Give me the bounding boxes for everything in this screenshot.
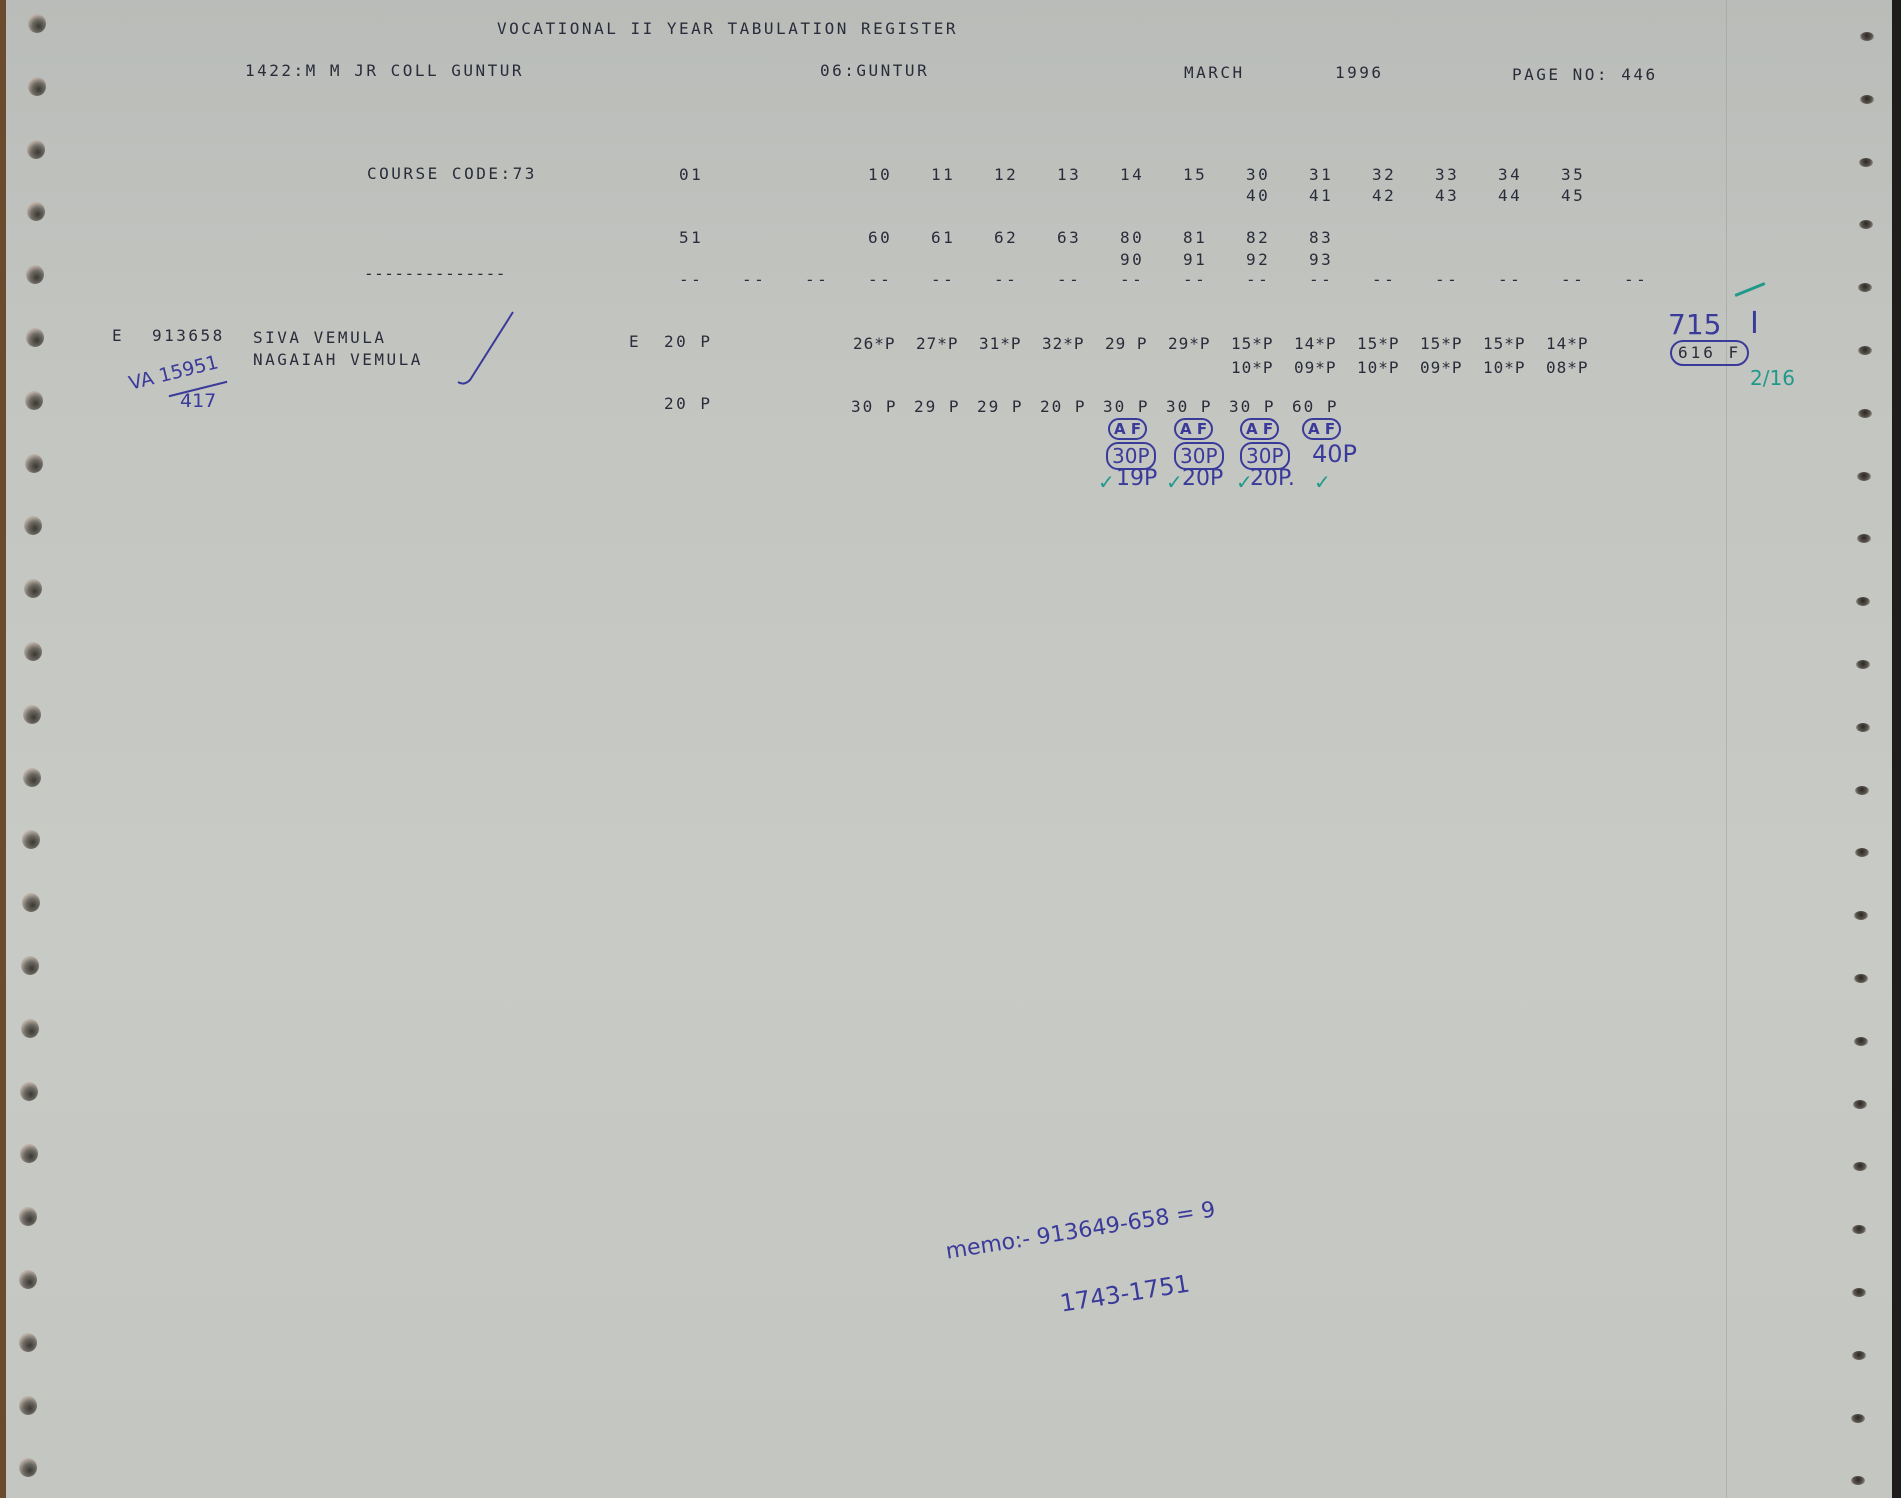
subject-code: 11: [931, 165, 955, 185]
verified-mark: 20P.: [1250, 466, 1295, 491]
subject-code: 13: [1057, 165, 1081, 185]
mark-cell: 30 P: [1229, 397, 1276, 417]
green-tick-icon: ✓: [1236, 470, 1253, 494]
grand-total-handwritten: 715: [1668, 308, 1721, 341]
tractor-hole: [1856, 723, 1870, 732]
tractor-hole: [23, 768, 41, 787]
column-dash: --: [931, 270, 955, 290]
district-name: 06:GUNTUR: [820, 61, 929, 81]
mark-cell: 10*P: [1357, 358, 1400, 378]
column-dash: --: [805, 270, 829, 290]
column-dash: --: [1372, 270, 1396, 290]
tractor-hole: [1852, 1288, 1866, 1297]
subject-code: 60: [868, 228, 892, 248]
tractor-hole: [26, 328, 44, 347]
subject-code: 41: [1309, 186, 1333, 206]
column-dash: --: [679, 270, 703, 290]
tractor-hole: [1860, 95, 1874, 104]
subject-code: 15: [1183, 165, 1207, 185]
mark-cell: 29 P: [914, 397, 961, 417]
college-name: 1422:M M JR COLL GUNTUR: [245, 61, 524, 81]
father-name: NAGAIAH VEMULA: [253, 350, 423, 370]
tractor-hole: [1858, 346, 1872, 355]
tractor-hole: [27, 140, 45, 159]
student-name: SIVA VEMULA: [253, 328, 386, 348]
verified-mark: 20P: [1182, 466, 1223, 491]
mark-cell: 31*P: [979, 334, 1022, 354]
mark-cell: 10*P: [1483, 358, 1526, 378]
mark-cell: 09*P: [1420, 358, 1463, 378]
subject-code: 34: [1498, 165, 1522, 185]
tractor-hole: [1855, 786, 1869, 795]
subject-code: 44: [1498, 186, 1522, 206]
subject-code: 91: [1183, 250, 1207, 270]
absent-fail-circled: A F: [1174, 418, 1213, 440]
subject-code: 12: [994, 165, 1018, 185]
tractor-hole: [28, 14, 46, 33]
subject-code: 90: [1120, 250, 1144, 270]
subject-code: 43: [1435, 186, 1459, 206]
mark-cell: 20 P: [1040, 397, 1087, 417]
tractor-hole: [25, 454, 43, 473]
column-dash: --: [742, 270, 766, 290]
subject-code: 93: [1309, 250, 1333, 270]
subject-code: 10: [868, 165, 892, 185]
exam-month: MARCH: [1184, 63, 1245, 83]
tractor-hole: [1853, 1100, 1867, 1109]
mark-cell: 60 P: [1292, 397, 1339, 417]
column-dash: --: [1624, 270, 1648, 290]
mark-cell: 29*P: [1168, 334, 1211, 354]
subject-code: 31: [1309, 165, 1333, 185]
tractor-hole: [1854, 1037, 1868, 1046]
subject-code: 32: [1372, 165, 1396, 185]
subject-code: 61: [931, 228, 955, 248]
course-code: COURSE CODE:73: [367, 164, 537, 184]
first-year-part1-marks: 20 P: [664, 332, 713, 352]
mark-cell: 29 P: [1105, 334, 1148, 354]
tractor-hole: [20, 1082, 38, 1101]
tick-mark-icon: [450, 308, 520, 388]
tractor-hole: [19, 1333, 37, 1352]
absent-fail-circled: A F: [1302, 418, 1341, 440]
mark-cell: 30 P: [851, 397, 898, 417]
column-dash: --: [1120, 270, 1144, 290]
subject-code: 42: [1372, 186, 1396, 206]
tractor-hole: [23, 705, 41, 724]
tractor-hole: [25, 391, 43, 410]
column-dash: --: [1561, 270, 1585, 290]
tractor-hole: [27, 202, 45, 221]
subject-code: 40: [1246, 186, 1270, 206]
column-dash: --: [1057, 270, 1081, 290]
column-dash: --: [1498, 270, 1522, 290]
green-tick-icon: ✓: [1314, 470, 1331, 494]
tractor-hole: [1856, 660, 1870, 669]
tractor-hole: [1851, 1414, 1865, 1423]
column-dash: --: [1246, 270, 1270, 290]
mark-cell: 15*P: [1483, 334, 1526, 354]
subject-code: 62: [994, 228, 1018, 248]
column-dash: --: [868, 270, 892, 290]
name-column-rule: --------------: [364, 264, 506, 284]
mark-cell: 15*P: [1231, 334, 1274, 354]
subject-code: 30: [1246, 165, 1270, 185]
subject-code: 51: [679, 228, 703, 248]
background-right: [1892, 0, 1901, 1498]
tractor-hole: [1854, 974, 1868, 983]
tractor-hole: [19, 1396, 37, 1415]
subject-code: 82: [1246, 228, 1270, 248]
revised-mark: 40P: [1312, 440, 1357, 468]
tractor-hole: [21, 1019, 39, 1038]
subject-code: 14: [1120, 165, 1144, 185]
absent-fail-circled: A F: [1108, 418, 1147, 440]
subject-code: 33: [1435, 165, 1459, 185]
column-dash: --: [994, 270, 1018, 290]
mark-cell: 32*P: [1042, 334, 1085, 354]
mark-cell: 30 P: [1166, 397, 1213, 417]
tabulation-sheet: [6, 0, 1892, 1498]
subject-code: 92: [1246, 250, 1270, 270]
subject-code: 80: [1120, 228, 1144, 248]
verifier-initials: 2/16: [1750, 366, 1795, 390]
exam-year: 1996: [1335, 63, 1384, 83]
grand-total-result: 616 F: [1670, 340, 1749, 366]
mark-cell: 26*P: [853, 334, 896, 354]
page-number: PAGE NO: 446: [1512, 65, 1658, 85]
absent-fail-circled: A F: [1240, 418, 1279, 440]
reference-denominator: 417: [180, 390, 216, 412]
subject-code: 35: [1561, 165, 1585, 185]
second-year-part1-marks: 20 P: [664, 394, 713, 414]
subject-code: 81: [1183, 228, 1207, 248]
mark-cell: 08*P: [1546, 358, 1589, 378]
mark-cell: 09*P: [1294, 358, 1337, 378]
mark-cell: 15*P: [1420, 334, 1463, 354]
division-mark: I: [1750, 306, 1759, 341]
mark-cell: 30 P: [1103, 397, 1150, 417]
subject-code: 63: [1057, 228, 1081, 248]
tractor-hole: [28, 77, 46, 96]
tractor-hole: [1860, 32, 1874, 41]
tractor-hole: [22, 893, 40, 912]
tractor-hole: [19, 1270, 37, 1289]
column-dash: --: [1309, 270, 1333, 290]
register-title: VOCATIONAL II YEAR TABULATION REGISTER: [497, 19, 958, 39]
mark-cell: 29 P: [977, 397, 1024, 417]
verified-mark: 19P: [1116, 466, 1157, 491]
hall-ticket-number: 913658: [152, 326, 225, 346]
tractor-hole: [24, 579, 42, 598]
tractor-hole: [24, 642, 42, 661]
student-medium: E: [112, 326, 124, 346]
subject-code: 45: [1561, 186, 1585, 206]
tractor-hole: [1857, 472, 1871, 481]
perforation-line: [1726, 0, 1727, 1498]
tractor-hole: [1858, 409, 1872, 418]
column-dash: --: [1435, 270, 1459, 290]
subject-code: 83: [1309, 228, 1333, 248]
language-medium: E: [629, 332, 641, 352]
green-tick-icon: ✓: [1098, 470, 1115, 494]
tractor-hole: [1852, 1351, 1866, 1360]
mark-cell: 15*P: [1357, 334, 1400, 354]
subject-code: 01: [679, 165, 703, 185]
tractor-hole: [1859, 158, 1873, 167]
mark-cell: 10*P: [1231, 358, 1274, 378]
column-dash: --: [1183, 270, 1207, 290]
mark-cell: 14*P: [1546, 334, 1589, 354]
mark-cell: 14*P: [1294, 334, 1337, 354]
mark-cell: 27*P: [916, 334, 959, 354]
green-tick-icon: ✓: [1166, 470, 1183, 494]
